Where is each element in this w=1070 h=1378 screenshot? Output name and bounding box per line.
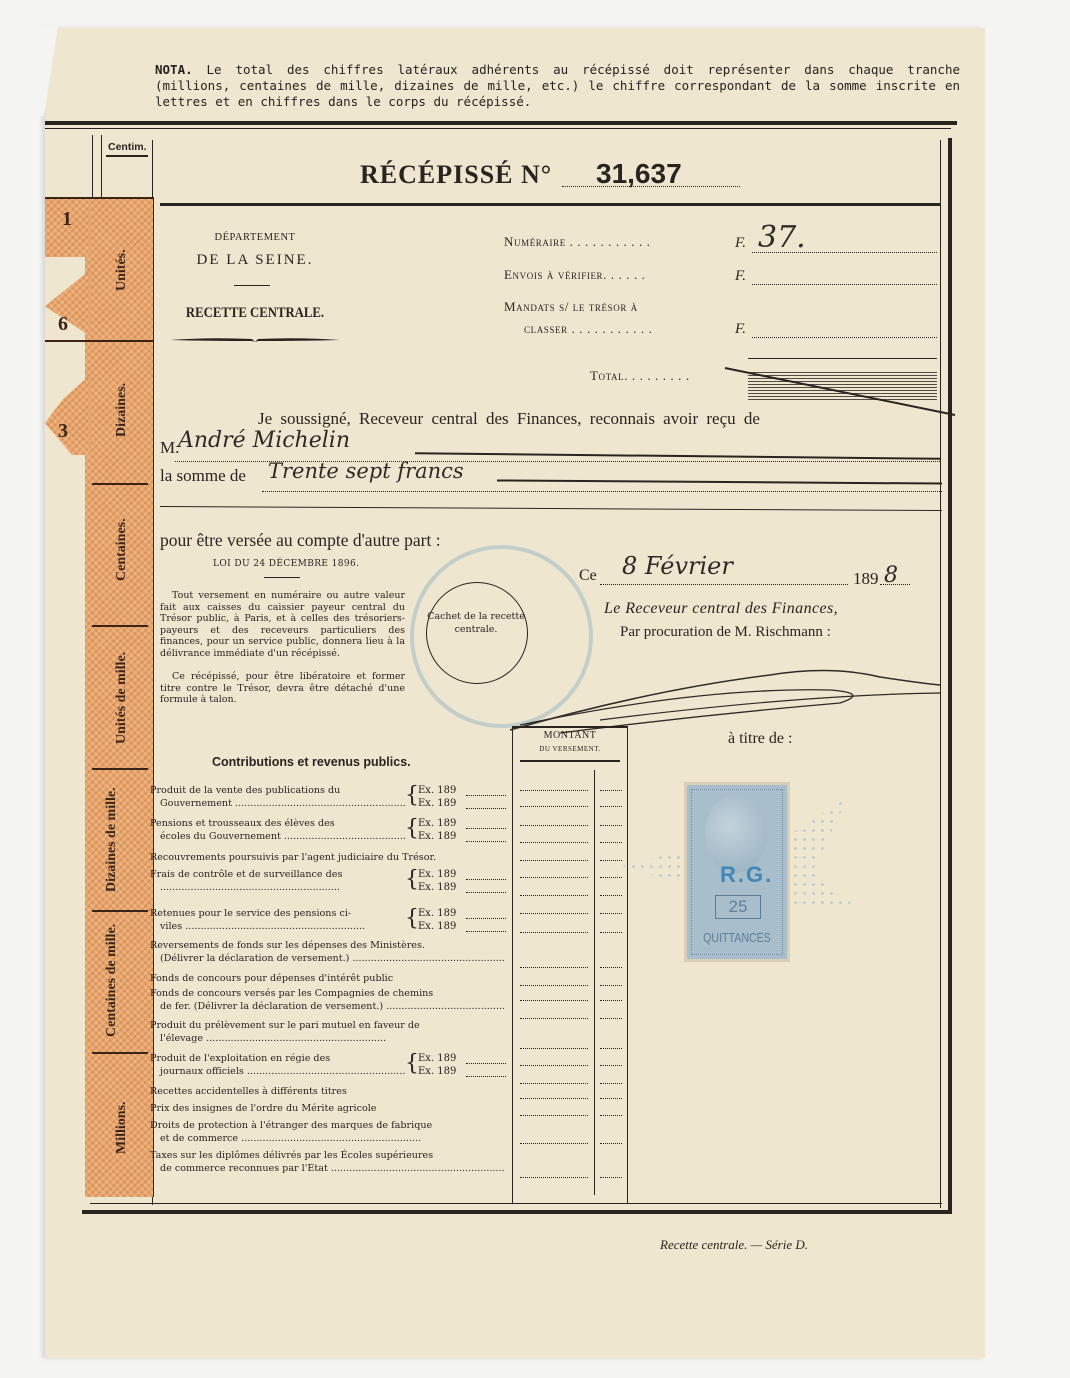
numeraire-prefix: F. bbox=[735, 235, 746, 252]
exercise-year-dots bbox=[466, 828, 506, 829]
sum-label: la somme de bbox=[160, 466, 246, 486]
date-day-month[interactable]: 8 Février bbox=[622, 552, 733, 580]
exercise-year-dots bbox=[466, 931, 506, 932]
exercise-year-label: Ex. 189 bbox=[418, 785, 456, 796]
amount-entry-line[interactable] bbox=[520, 1065, 588, 1066]
legal-text-2: Ce récépissé, pour être libératoire et f… bbox=[160, 671, 405, 706]
exercise-year-dots bbox=[466, 808, 506, 809]
mandats-field-line[interactable] bbox=[752, 337, 937, 338]
receipt-number: 31,637 bbox=[596, 158, 682, 190]
contribution-line2: l'élevage ..............................… bbox=[150, 1033, 505, 1046]
contribution-line2: Gouvernement ...........................… bbox=[150, 798, 405, 811]
contribution-item: Fonds de concours pour dépenses d'intérê… bbox=[150, 973, 505, 986]
stub-label-dizaines: Dizaines. bbox=[114, 350, 130, 470]
amount-entry-line[interactable] bbox=[520, 967, 588, 968]
payer-name[interactable]: André Michelin bbox=[178, 428, 350, 453]
leader-dots: . . . . . . . . . . . bbox=[568, 321, 653, 336]
contribution-line1: Recouvrements poursuivis par l'agent jud… bbox=[150, 852, 505, 865]
stub-digit-1: 1 bbox=[62, 208, 72, 231]
centimes-entry-line[interactable] bbox=[600, 806, 622, 807]
contribution-line1: Taxes sur les diplômes délivrés par les … bbox=[150, 1150, 505, 1163]
centimes-entry-line[interactable] bbox=[600, 1115, 622, 1116]
top-thick-rule bbox=[45, 121, 957, 125]
amount-entry-line[interactable] bbox=[520, 1115, 588, 1116]
contribution-line1: Reversements de fonds sur les dépenses d… bbox=[150, 940, 505, 953]
subtotal-rule bbox=[748, 358, 937, 359]
brace-icon: { bbox=[405, 784, 419, 808]
amount-entry-line[interactable] bbox=[520, 1177, 588, 1178]
exercise-year-label: Ex. 189 bbox=[418, 1053, 456, 1064]
m-label: M. bbox=[160, 438, 179, 458]
classer-label: classer . . . . . . . . . . . bbox=[524, 321, 652, 337]
contribution-line2-text: (Délivrer la déclaration de versement.) bbox=[160, 953, 349, 964]
handwritten-signature[interactable] bbox=[500, 655, 950, 735]
stub-top-rule bbox=[45, 197, 153, 199]
brace-icon: { bbox=[405, 868, 419, 892]
stub-divider bbox=[92, 768, 148, 770]
contribution-item: Droits de protection à l'étranger des ma… bbox=[150, 1120, 505, 1145]
contribution-line2-text: de fer. (Délivrer la déclaration de vers… bbox=[160, 1001, 383, 1012]
exercise-year-label: Ex. 189 bbox=[418, 1066, 456, 1077]
series-text: Recette centrale. — Série D. bbox=[660, 1237, 808, 1252]
contribution-line2-text: écoles du Gouvernement bbox=[160, 831, 281, 842]
centimes-entry-line[interactable] bbox=[600, 1143, 622, 1144]
nota-text: Le total des chiffres latéraux adhérents… bbox=[155, 62, 960, 109]
total-text: Total bbox=[590, 368, 624, 383]
stub-label-centaines: Centaines. bbox=[114, 490, 130, 610]
purpose-text: pour être versée au compte d'autre part … bbox=[160, 530, 441, 551]
exercise-year-dots bbox=[466, 841, 506, 842]
brace-icon: { bbox=[405, 817, 419, 841]
amount-entry-line[interactable] bbox=[520, 825, 588, 826]
montant-column bbox=[512, 726, 628, 1204]
centimes-entry-line[interactable] bbox=[600, 1065, 622, 1066]
amount-entry-line[interactable] bbox=[520, 1098, 588, 1099]
contribution-line1: Produit de l'exploitation en régie des bbox=[150, 1053, 405, 1066]
contribution-line2: viles ..................................… bbox=[150, 921, 405, 934]
date-line bbox=[600, 584, 848, 585]
top-thin-rule bbox=[45, 128, 951, 129]
stub-divider bbox=[92, 625, 148, 627]
nota-label: NOTA. bbox=[155, 62, 193, 77]
amount-entry-line[interactable] bbox=[520, 860, 588, 861]
stub-label-millions: Millions. bbox=[114, 1060, 130, 1195]
amount-entry-line[interactable] bbox=[520, 913, 588, 914]
contribution-line2-text: de commerce reconnues par l'État bbox=[160, 1163, 328, 1174]
exercise-year-label: Ex. 189 bbox=[418, 921, 456, 932]
contribution-line1: Prix des insignes de l'ordre du Mérite a… bbox=[150, 1103, 505, 1116]
contribution-line1: Pensions et trousseaux des élèves des bbox=[150, 818, 405, 831]
stub-label-dizaines-de-mille: Dizaines de mille. bbox=[104, 775, 140, 905]
centimes-entry-line[interactable] bbox=[600, 932, 622, 933]
contribution-line2-text: Gouvernement bbox=[160, 798, 232, 809]
exercise-year-dots bbox=[466, 1076, 506, 1077]
amount-entry-line[interactable] bbox=[520, 1143, 588, 1144]
contribution-line2: écoles du Gouvernement .................… bbox=[150, 831, 405, 844]
amount-entry-line[interactable] bbox=[520, 932, 588, 933]
centimes-entry-line[interactable] bbox=[600, 1018, 622, 1019]
contribution-item: Recettes accidentelles à différents titr… bbox=[150, 1086, 505, 1099]
amount-entry-line[interactable] bbox=[520, 1048, 588, 1049]
contribution-line2-text: journaux officiels bbox=[160, 1066, 244, 1077]
signature-proxy: Par procuration de M. Rischmann : bbox=[620, 624, 831, 641]
numeraire-value[interactable]: 37. bbox=[758, 220, 806, 255]
envois-field-line[interactable] bbox=[752, 284, 937, 285]
seal-text: Cachet de la recette centrale. bbox=[426, 610, 526, 636]
envois-prefix: F. bbox=[735, 268, 746, 285]
montant-header-rule bbox=[520, 760, 620, 762]
montant-header: MONTANT bbox=[512, 730, 628, 741]
contribution-line1: Fonds de concours pour dépenses d'intérê… bbox=[150, 973, 505, 986]
total-label: Total. . . . . . . . . bbox=[590, 368, 690, 384]
centimes-entry-line[interactable] bbox=[600, 877, 622, 878]
perfin-initials: R.G. bbox=[720, 862, 773, 888]
contribution-item: Reversements de fonds sur les dépenses d… bbox=[150, 940, 505, 965]
year-line bbox=[880, 584, 910, 585]
contribution-line2: journaux officiels .....................… bbox=[150, 1066, 405, 1079]
ornament-swash bbox=[170, 337, 340, 343]
titre-label: à titre de : bbox=[728, 730, 792, 748]
montant-subheader: DU VERSEMENT. bbox=[512, 745, 628, 753]
receipt-title: RÉCÉPISSÉ N° bbox=[360, 160, 552, 190]
contributions-title: Contributions et revenus publics. bbox=[212, 755, 411, 769]
centimes-entry-line[interactable] bbox=[600, 1098, 622, 1099]
contribution-item: Produit du prélèvement sur le pari mutue… bbox=[150, 1020, 505, 1045]
law-rule bbox=[264, 577, 300, 578]
centimes-entry-line[interactable] bbox=[600, 1083, 622, 1084]
exercise-year-dots bbox=[466, 892, 506, 893]
date-prefix: Ce bbox=[579, 567, 597, 585]
mandats-prefix: F. bbox=[735, 321, 746, 338]
stub-label-unites-de-mille: Unités de mille. bbox=[114, 630, 130, 765]
contribution-line2: ........................................… bbox=[150, 882, 405, 895]
bottom-thick-rule bbox=[82, 1210, 952, 1214]
amount-entry-line[interactable] bbox=[520, 877, 588, 878]
exercise-year-dots bbox=[466, 795, 506, 796]
montant-centimes-divider bbox=[594, 770, 595, 1195]
amount-entry-line[interactable] bbox=[520, 842, 588, 843]
contribution-line1: Retenues pour le service des pensions ci… bbox=[150, 908, 405, 921]
centim-col-line-2 bbox=[101, 135, 102, 197]
contribution-line1: Recettes accidentelles à différents titr… bbox=[150, 1086, 505, 1099]
office-name: RECETTE CENTRALE. bbox=[183, 305, 328, 322]
numeraire-label: Numéraire . . . . . . . . . . . bbox=[504, 234, 651, 250]
contribution-line1: Droits de protection à l'étranger des ma… bbox=[150, 1120, 505, 1133]
contribution-line2: (Délivrer la déclaration de versement.) … bbox=[150, 953, 505, 966]
stub-divider bbox=[92, 910, 148, 912]
centimes-entry-line[interactable] bbox=[600, 967, 622, 968]
centimes-entry-line[interactable] bbox=[600, 913, 622, 914]
contribution-line1: Produit du prélèvement sur le pari mutue… bbox=[150, 1020, 505, 1033]
declaration-intro: Je soussigné, Receveur central des Finan… bbox=[258, 409, 760, 429]
centimes-entry-line[interactable] bbox=[600, 1000, 622, 1001]
numeraire-text: Numéraire bbox=[504, 234, 566, 249]
contribution-line2-text: et de commerce bbox=[160, 1133, 238, 1144]
exercise-year-dots bbox=[466, 879, 506, 880]
amount-entry-line[interactable] bbox=[520, 1000, 588, 1001]
sum-in-words[interactable]: Trente sept francs bbox=[268, 459, 464, 483]
centim-underline bbox=[106, 155, 148, 157]
department-label: DÉPARTEMENT bbox=[170, 232, 340, 243]
department-rule bbox=[234, 285, 270, 286]
contribution-line2: de commerce reconnues par l'État .......… bbox=[150, 1163, 505, 1176]
contribution-line1: Frais de contrôle et de surveillance des bbox=[150, 869, 405, 882]
envois-label: Envois à vérifier. . . . . . bbox=[504, 267, 646, 283]
centimes-entry-line[interactable] bbox=[600, 842, 622, 843]
amount-entry-line[interactable] bbox=[520, 1083, 588, 1084]
brace-icon: { bbox=[405, 907, 419, 931]
law-reference: LOI DU 24 DÉCEMBRE 1896. bbox=[213, 559, 359, 569]
stub-divider bbox=[92, 1052, 148, 1054]
amount-entry-line[interactable] bbox=[520, 1018, 588, 1019]
centimes-entry-line[interactable] bbox=[600, 985, 622, 986]
exercise-year-label: Ex. 189 bbox=[418, 869, 456, 880]
contribution-line1: Produit de la vente des publications du bbox=[150, 785, 405, 798]
contribution-item: Taxes sur les diplômes délivrés par les … bbox=[150, 1150, 505, 1175]
centim-label: Centim. bbox=[108, 141, 147, 153]
stub-digit-3: 3 bbox=[58, 420, 68, 443]
exercise-year-label: Ex. 189 bbox=[418, 798, 456, 809]
envois-text: Envois à vérifier bbox=[504, 267, 603, 282]
sum-dots bbox=[262, 491, 942, 492]
exercise-year-label: Ex. 189 bbox=[418, 831, 456, 842]
stub-label-centaines-de-mille: Centaines de mille. bbox=[104, 915, 140, 1045]
amount-entry-line[interactable] bbox=[520, 895, 588, 896]
department-name: DE LA SEINE. bbox=[170, 252, 340, 269]
nota-notice: NOTA. Le total des chiffres latéraux adh… bbox=[155, 62, 960, 110]
classer-text: classer bbox=[524, 321, 568, 336]
contribution-line2: de fer. (Délivrer la déclaration de vers… bbox=[150, 1001, 505, 1014]
amount-entry-line[interactable] bbox=[520, 985, 588, 986]
title-rule bbox=[160, 203, 940, 206]
centimes-entry-line[interactable] bbox=[600, 1177, 622, 1178]
stamp-label: QUITTANCES bbox=[695, 931, 780, 945]
contribution-item: Fonds de concours versés par les Compagn… bbox=[150, 988, 505, 1013]
contribution-line2-text: l'élevage bbox=[160, 1033, 203, 1044]
date-year-prefix: 189 bbox=[853, 569, 879, 589]
contribution-item: Prix des insignes de l'ordre du Mérite a… bbox=[150, 1103, 505, 1116]
brace-icon: { bbox=[405, 1052, 419, 1076]
contribution-item: Recouvrements poursuivis par l'agent jud… bbox=[150, 852, 505, 865]
centimes-entry-line[interactable] bbox=[600, 790, 622, 791]
signature-title: Le Receveur central des Finances, bbox=[604, 600, 838, 618]
legal-text-1: Tout versement en numéraire ou autre val… bbox=[160, 590, 405, 660]
centim-col-line-1 bbox=[92, 135, 93, 197]
centimes-entry-line[interactable] bbox=[600, 860, 622, 861]
contribution-line2: et de commerce .........................… bbox=[150, 1133, 505, 1146]
exercise-year-dots bbox=[466, 918, 506, 919]
contribution-line2-text: viles bbox=[160, 921, 182, 932]
amount-entry-line[interactable] bbox=[520, 806, 588, 807]
leader-dots: . . . . . . . . . bbox=[624, 368, 689, 383]
mandats-label: Mandats s/ le trésor à bbox=[504, 299, 638, 315]
leader-dots: . . . . . . bbox=[603, 267, 645, 282]
centimes-entry-line[interactable] bbox=[600, 895, 622, 896]
stub-divider bbox=[45, 340, 153, 342]
centimes-entry-line[interactable] bbox=[600, 825, 622, 826]
leader-dots: . . . . . . . . . . . bbox=[566, 234, 651, 249]
stamp-value: 25 bbox=[715, 895, 761, 919]
exercise-year-label: Ex. 189 bbox=[418, 882, 456, 893]
stub-digit-6: 6 bbox=[58, 313, 68, 336]
exercise-year-label: Ex. 189 bbox=[418, 818, 456, 829]
series-footer: Recette centrale. — Série D. bbox=[660, 1237, 808, 1253]
amount-entry-line[interactable] bbox=[520, 790, 588, 791]
stub-divider bbox=[92, 483, 148, 485]
centimes-entry-line[interactable] bbox=[600, 1048, 622, 1049]
contribution-line1: Fonds de concours versés par les Compagn… bbox=[150, 988, 505, 1001]
exercise-year-label: Ex. 189 bbox=[418, 908, 456, 919]
stub-label-unites: Unités. bbox=[114, 215, 130, 325]
exercise-year-dots bbox=[466, 1063, 506, 1064]
